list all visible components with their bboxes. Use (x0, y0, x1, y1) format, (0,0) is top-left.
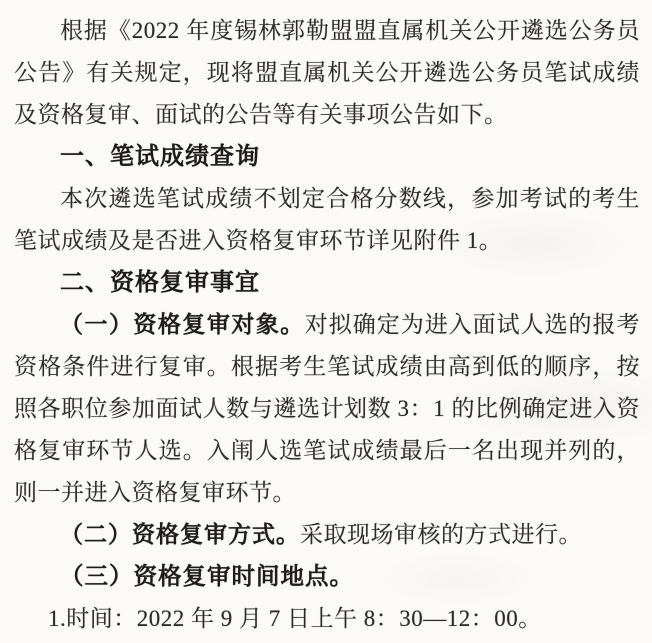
paragraph-text: 根据《2022 年度锡林郭勒盟盟直属机关公开遴选公务员公告》有关规定，现将盟直属… (14, 18, 640, 127)
paragraph-lead: （三）资格复审时间地点。 (60, 564, 354, 590)
scanned-document-page: 根据《2022 年度锡林郭勒盟盟直属机关公开遴选公务员公告》有关规定，现将盟直属… (0, 0, 652, 643)
paragraph: （二）资格复审方式。采取现场审核的方式进行。 (14, 514, 640, 556)
paragraph: 根据《2022 年度锡林郭勒盟盟直属机关公开遴选公务员公告》有关规定，现将盟直属… (14, 10, 640, 136)
paragraph-lead: （一）资格复审对象。 (60, 312, 305, 337)
paragraph-lead: （二）资格复审方式。 (60, 522, 300, 547)
paragraph-text: 采取现场审核的方式进行。 (300, 522, 582, 547)
paragraph: （三）资格复审时间地点。 (14, 556, 640, 598)
section-heading: 一、笔试成绩查询 (14, 136, 640, 178)
paragraph: 本次遴选笔试成绩不划定合格分数线，参加考试的考生笔试成绩及是否进入资格复审环节详… (14, 178, 640, 262)
paragraph-text: 一、笔试成绩查询 (60, 143, 260, 170)
paragraph-text: 二、资格复审事宜 (60, 269, 260, 296)
document-body: 根据《2022 年度锡林郭勒盟盟直属机关公开遴选公务员公告》有关规定，现将盟直属… (14, 10, 640, 640)
paragraph-text: 1.时间：2022 年 9 月 7 日上午 8：30—12：00。 (48, 606, 542, 631)
paragraph: （一）资格复审对象。对拟确定为进入面试人选的报考资格条件进行复审。根据考生笔试成… (14, 304, 640, 514)
paragraph: 1.时间：2022 年 9 月 7 日上午 8：30—12：00。 (14, 598, 640, 640)
paragraph-text: 对拟确定为进入面试人选的报考资格条件进行复审。根据考生笔试成绩由高到低的顺序，按… (14, 312, 640, 505)
paragraph-text: 本次遴选笔试成绩不划定合格分数线，参加考试的考生笔试成绩及是否进入资格复审环节详… (14, 186, 640, 253)
section-heading: 二、资格复审事宜 (14, 262, 640, 304)
